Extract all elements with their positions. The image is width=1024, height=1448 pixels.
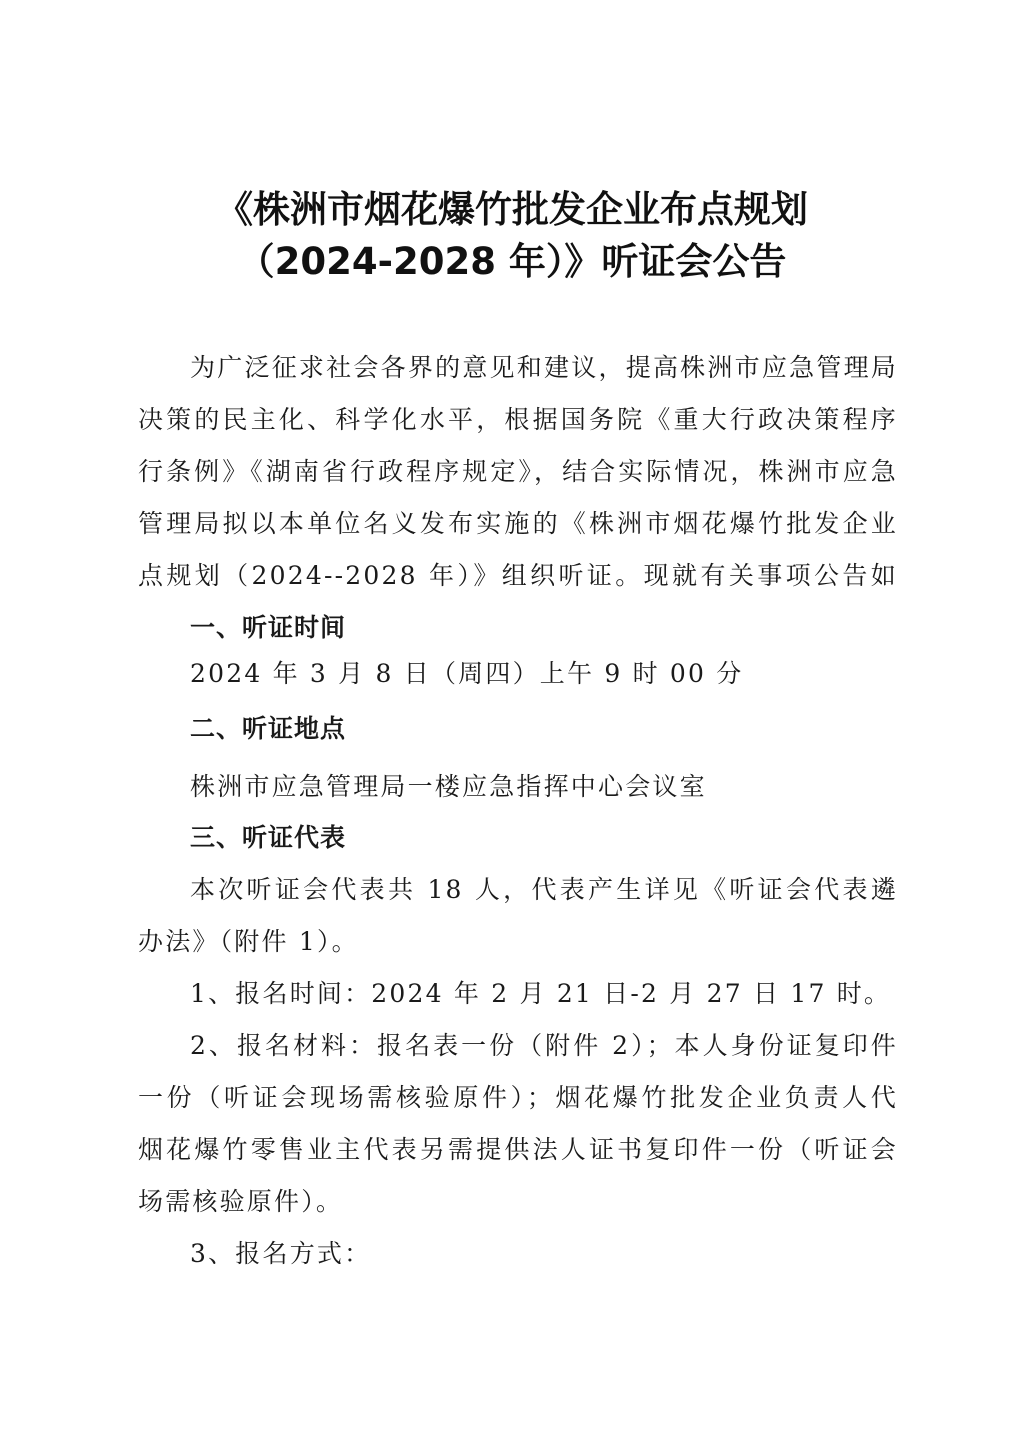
intro-line-5: 点规划（2024--2028 年）》组织听证。现就有关事项公告如下： xyxy=(138,558,898,594)
section-heading-time: 一、听证时间 xyxy=(190,610,950,646)
registration-materials-line-3: 烟花爆竹零售业主代表另需提供法人证书复印件一份（听证会现 xyxy=(138,1132,898,1168)
intro-line-4: 管理局拟以本单位名义发布实施的《株洲市烟花爆竹批发企业布 xyxy=(138,506,898,542)
hearing-time: 2024 年 3 月 8 日（周四）上午 9 时 00 分 xyxy=(190,656,950,692)
registration-materials-line-2: 一份（听证会现场需核验原件）；烟花爆竹批发企业负责人代表、 xyxy=(138,1080,898,1116)
document-page: 《株洲市烟花爆竹批发企业布点规划 （2024-2028 年）》听证会公告 为广泛… xyxy=(0,0,1024,1448)
document-title-line-2: （2024-2028 年）》听证会公告 xyxy=(0,235,1024,289)
section-heading-location: 二、听证地点 xyxy=(190,711,950,747)
intro-line-1: 为广泛征求社会各界的意见和建议，提高株洲市应急管理局 xyxy=(190,350,898,386)
registration-time: 1、报名时间：2024 年 2 月 21 日-2 月 27 日 17 时。 xyxy=(190,976,950,1012)
representatives-line-2: 办法》（附件 1）。 xyxy=(138,924,898,960)
intro-line-3: 行条例》《湖南省行政程序规定》，结合实际情况，株洲市应急 xyxy=(138,454,898,490)
registration-materials-line-4: 场需核验原件）。 xyxy=(138,1184,898,1220)
registration-method: 3、报名方式： xyxy=(190,1236,950,1272)
document-title-line-1: 《株洲市烟花爆竹批发企业布点规划 xyxy=(0,183,1024,237)
registration-materials-line-1: 2、报名材料：报名表一份（附件 2）；本人身份证复印件 xyxy=(190,1028,898,1064)
hearing-location: 株洲市应急管理局一楼应急指挥中心会议室 xyxy=(190,769,950,805)
representatives-line-1: 本次听证会代表共 18 人，代表产生详见《听证会代表遴选 xyxy=(190,872,898,908)
section-heading-representatives: 三、听证代表 xyxy=(190,820,950,856)
intro-line-2: 决策的民主化、科学化水平，根据国务院《重大行政决策程序暂 xyxy=(138,402,898,438)
